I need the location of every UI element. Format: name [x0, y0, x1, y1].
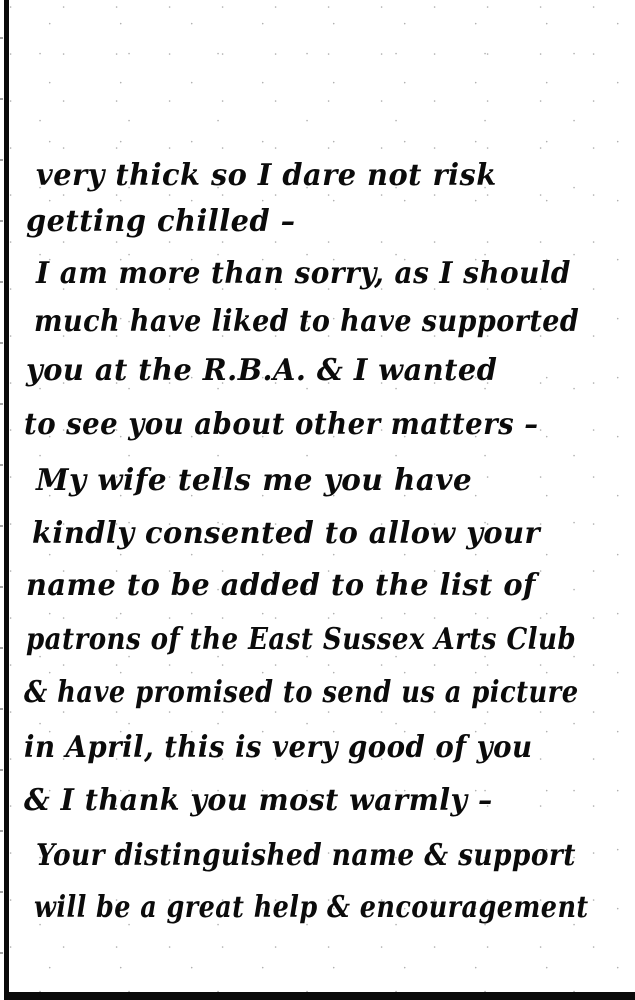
left-edge-artifacts	[0, 0, 3, 1000]
letter-line-1: very thick so I dare not risk	[36, 158, 497, 193]
letter-line-9: name to be added to the list of	[26, 568, 536, 603]
letter-line-2: getting chilled –	[26, 204, 295, 239]
letter-line-3: I am more than sorry, as I should	[36, 256, 571, 291]
letter-line-5: you at the R.B.A. & I wanted	[26, 353, 497, 388]
letter-page: very thick so I dare not risk getting ch…	[0, 0, 635, 1000]
letter-line-6: to see you about other matters –	[24, 407, 538, 442]
letter-line-12: in April, this is very good of you	[24, 730, 533, 765]
letter-line-8: kindly consented to allow your	[32, 516, 540, 551]
letter-line-13: & I thank you most warmly –	[24, 783, 493, 818]
letter-line-4: much have liked to have supported	[34, 304, 579, 339]
bottom-page-border	[4, 992, 635, 1000]
letter-line-14: Your distinguished name & support	[36, 838, 576, 873]
letter-body: very thick so I dare not risk getting ch…	[22, 0, 632, 990]
letter-line-10: patrons of the East Sussex Arts Club	[26, 622, 576, 657]
letter-line-11: & have promised to send us a picture	[24, 675, 579, 710]
letter-line-7: My wife tells me you have	[36, 463, 472, 498]
letter-line-15: will be a great help & encouragement	[34, 890, 589, 925]
left-page-border	[4, 0, 9, 1000]
